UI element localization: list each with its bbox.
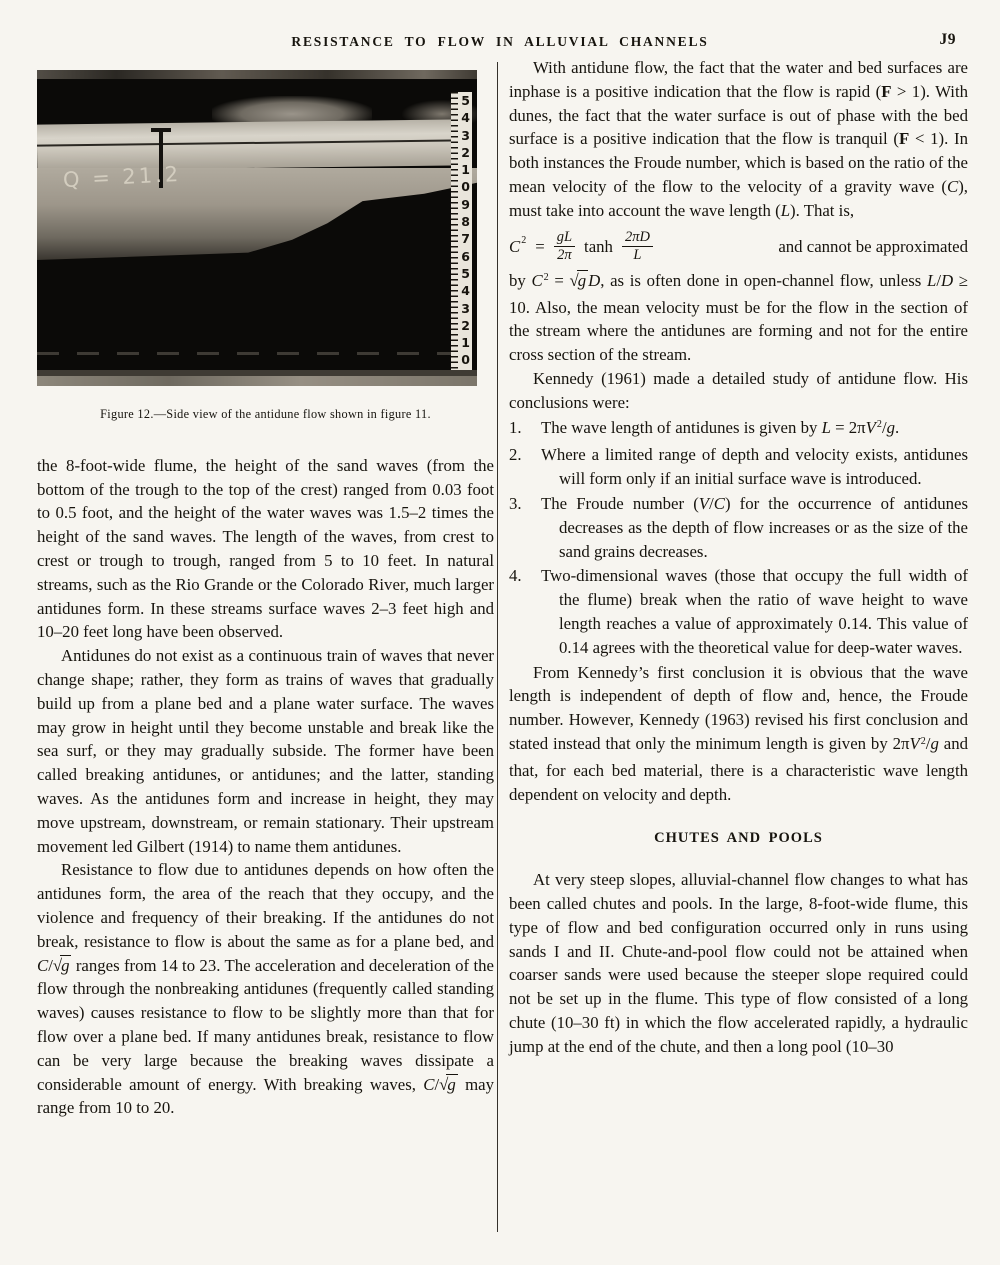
list-item-4-text: Two-dimensional waves (those that occupy… [541,566,968,656]
photo-top-edge [37,70,477,79]
list-item-4-number: 4. [509,564,541,588]
section-heading-chutes-and-pools: CHUTES AND POOLS [509,827,968,851]
list-item-1-number: 1. [509,416,541,440]
paragraph-left-1: the 8-foot-wide flume, the height of the… [37,454,494,644]
equation-fraction-2: 2πD L [622,230,653,264]
fraction-1-numerator: gL [554,230,575,248]
photo-flume-base-streak [37,352,477,355]
paragraph-right-4: From Kennedy’s first conclusion it is ob… [509,661,968,807]
equation-equals: = [535,235,544,259]
list-item-3-number: 3. [509,492,541,516]
equation-lhs: C [509,235,520,259]
right-column: With antidune flow, the fact that the wa… [509,56,968,1059]
paragraph-left-3: Resistance to flow due to antidunes depe… [37,858,494,1120]
figure-caption: Figure 12.—Side view of the antidune flo… [37,403,494,427]
figure-photo: Q = 21.2 5432109876543210 [37,70,477,386]
list-item-2-number: 2. [509,443,541,467]
list-item-1-text: The wave length of antidunes is given by… [541,418,899,437]
paragraph-right-5: At very steep slopes, alluvial-channel f… [509,868,968,1058]
fraction-2-numerator: 2πD [622,230,653,248]
paragraph-right-2: by C2 = √gD, as is often done in open-ch… [509,269,968,367]
list-item-2-text: Where a limited range of depth and veloc… [541,445,968,488]
fraction-2-denominator: L [622,247,653,264]
list-item-1: 1.The wave length of antidunes is given … [509,416,968,443]
list-item-3: 3.The Froude number (V/C) for the occurr… [509,492,968,563]
fraction-1-denominator: 2π [554,247,575,264]
left-column: Q = 21.2 5432109876543210 Figure 12.—Sid… [37,60,494,1120]
equation-tanh-operator: tanh [584,235,613,259]
photo-ruler: 5432109876543210 [451,92,472,370]
list-item-3-text: The Froude number (V/C) for the occurren… [541,494,968,561]
equation-wave-celerity: C2 = gL 2π tanh 2πD L and cannot be appr… [509,230,968,264]
running-head-title: RESISTANCE TO FLOW IN ALLUVIAL CHANNELS [0,34,1000,50]
list-item-2: 2.Where a limited range of depth and vel… [509,443,968,491]
list-item-4: 4.Two-dimensional waves (those that occu… [509,564,968,659]
paragraph-right-1: With antidune flow, the fact that the wa… [509,56,968,223]
equation-lhs-exponent: 2 [521,229,526,253]
equation-trailing-text: and cannot be approximated [778,235,968,259]
column-divider-rule [497,62,498,1232]
photo-flume-base-light [37,376,477,386]
page-number: J9 [940,31,957,49]
equation-fraction-1: gL 2π [554,230,575,264]
paragraph-left-2: Antidunes do not exist as a continuous t… [37,644,494,858]
paragraph-right-3: Kennedy (1961) made a detailed study of … [509,367,968,415]
